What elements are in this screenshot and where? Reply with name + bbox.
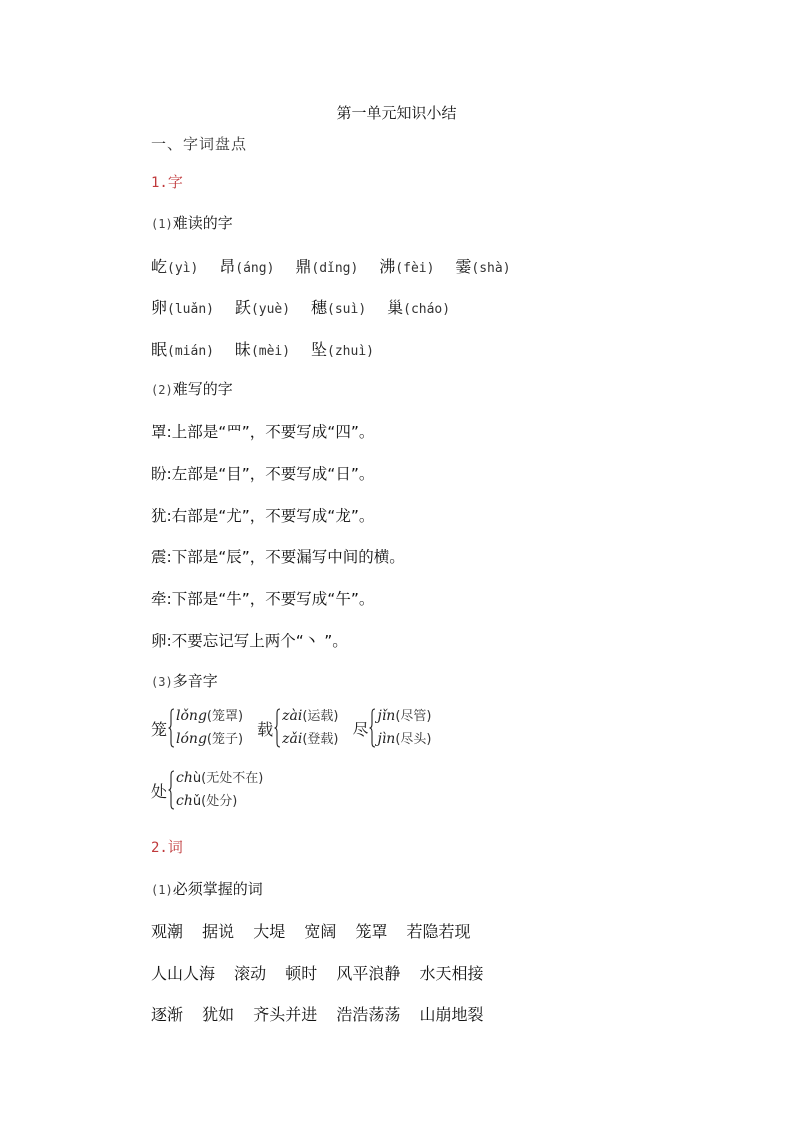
subsection-heading-hard-to-write: (2)难写的字 xyxy=(151,378,233,399)
char-entry: 卵(luǎn) xyxy=(151,299,214,317)
word: 风平浪静 xyxy=(336,964,400,983)
writing-rule: 盼:左部是“目”，不要写成“日”。 xyxy=(151,462,374,484)
page-title: 第一单元知识小结 xyxy=(0,102,793,123)
hard-read-row-1: 屹(yì) 昂(áng) 鼎(dǐng) 沸(fèi) 霎(shà) xyxy=(151,254,527,277)
curly-brace-icon xyxy=(274,708,281,748)
subsection-heading-must-know-words: (1)必须掌握的词 xyxy=(151,878,263,899)
word: 顿时 xyxy=(285,964,317,983)
subsection-heading-hard-to-read: (1)难读的字 xyxy=(151,212,233,233)
char-entry: 霎(shà) xyxy=(455,258,510,276)
word: 犹如 xyxy=(202,1005,234,1024)
char-entry: 巢(cháo) xyxy=(387,299,450,317)
polyphonic-entry: 尽 jǐn(尽管) jìn(尽头) xyxy=(352,708,431,748)
word: 据说 xyxy=(202,922,234,941)
word: 宽阔 xyxy=(304,922,336,941)
document-page: 第一单元知识小结 一、字词盘点 1.字 (1)难读的字 屹(yì) 昂(áng)… xyxy=(0,0,793,1122)
char-entry: 坠(zhuì) xyxy=(311,341,374,359)
char-entry: 沸(fèi) xyxy=(379,258,434,276)
writing-rule: 震:下部是“辰”，不要漏写中间的横。 xyxy=(151,545,405,567)
word: 齐头并进 xyxy=(253,1005,317,1024)
char-entry: 屹(yì) xyxy=(151,258,198,276)
char-entry: 昧(mèi) xyxy=(235,341,290,359)
curly-brace-icon xyxy=(168,770,175,810)
section-heading: 一、字词盘点 xyxy=(151,133,247,154)
word: 大堤 xyxy=(253,922,285,941)
hard-read-row-2: 卵(luǎn) 跃(yuè) 穗(suì) 巢(cháo) xyxy=(151,295,466,318)
word: 观潮 xyxy=(151,922,183,941)
polyphonic-row-1: 笼 lǒng(笼罩) lóng(笼子) 载 zài(运载) zǎi(登载) 尽 … xyxy=(151,708,445,748)
word: 滚动 xyxy=(234,964,266,983)
word: 人山人海 xyxy=(151,964,215,983)
char-entry: 眠(mián) xyxy=(151,341,214,359)
polyphonic-entry: 处 chù(无处不在) chǔ(处分) xyxy=(151,770,263,810)
word-row-1: 观潮 据说 大堤 宽阔 笼罩 若隐若现 xyxy=(151,919,485,942)
word-row-2: 人山人海 滚动 顿时 风平浪静 水天相接 xyxy=(151,961,497,984)
part-heading-words: 2.词 xyxy=(151,836,183,857)
writing-rule: 牵:下部是“牛”，不要写成“午”。 xyxy=(151,587,374,609)
curly-brace-icon xyxy=(369,708,376,748)
word: 水天相接 xyxy=(419,964,483,983)
subsection-heading-polyphonic: (3)多音字 xyxy=(151,670,218,691)
word-row-3: 逐渐 犹如 齐头并进 浩浩荡荡 山崩地裂 xyxy=(151,1002,497,1025)
char-entry: 穗(suì) xyxy=(311,299,366,317)
polyphonic-entry: 载 zài(运载) zǎi(登载) xyxy=(257,708,338,748)
writing-rule: 罩:上部是“罒”，不要写成“四”。 xyxy=(151,420,374,442)
hard-read-row-3: 眠(mián) 昧(mèi) 坠(zhuì) xyxy=(151,337,390,360)
writing-rule: 卵:不要忘记写上两个“丶 ”。 xyxy=(151,629,348,651)
writing-rule: 犹:右部是“尤”，不要写成“龙”。 xyxy=(151,504,374,526)
char-entry: 跃(yuè) xyxy=(235,299,290,317)
curly-brace-icon xyxy=(168,708,175,748)
char-entry: 昂(áng) xyxy=(219,258,274,276)
word: 山崩地裂 xyxy=(419,1005,483,1024)
polyphonic-row-2: 处 chù(无处不在) chǔ(处分) xyxy=(151,770,277,810)
word: 若隐若现 xyxy=(407,922,471,941)
word: 浩浩荡荡 xyxy=(336,1005,400,1024)
polyphonic-entry: 笼 lǒng(笼罩) lóng(笼子) xyxy=(151,708,243,748)
word: 逐渐 xyxy=(151,1005,183,1024)
word: 笼罩 xyxy=(355,922,387,941)
char-entry: 鼎(dǐng) xyxy=(295,258,358,276)
part-heading-characters: 1.字 xyxy=(151,171,183,192)
